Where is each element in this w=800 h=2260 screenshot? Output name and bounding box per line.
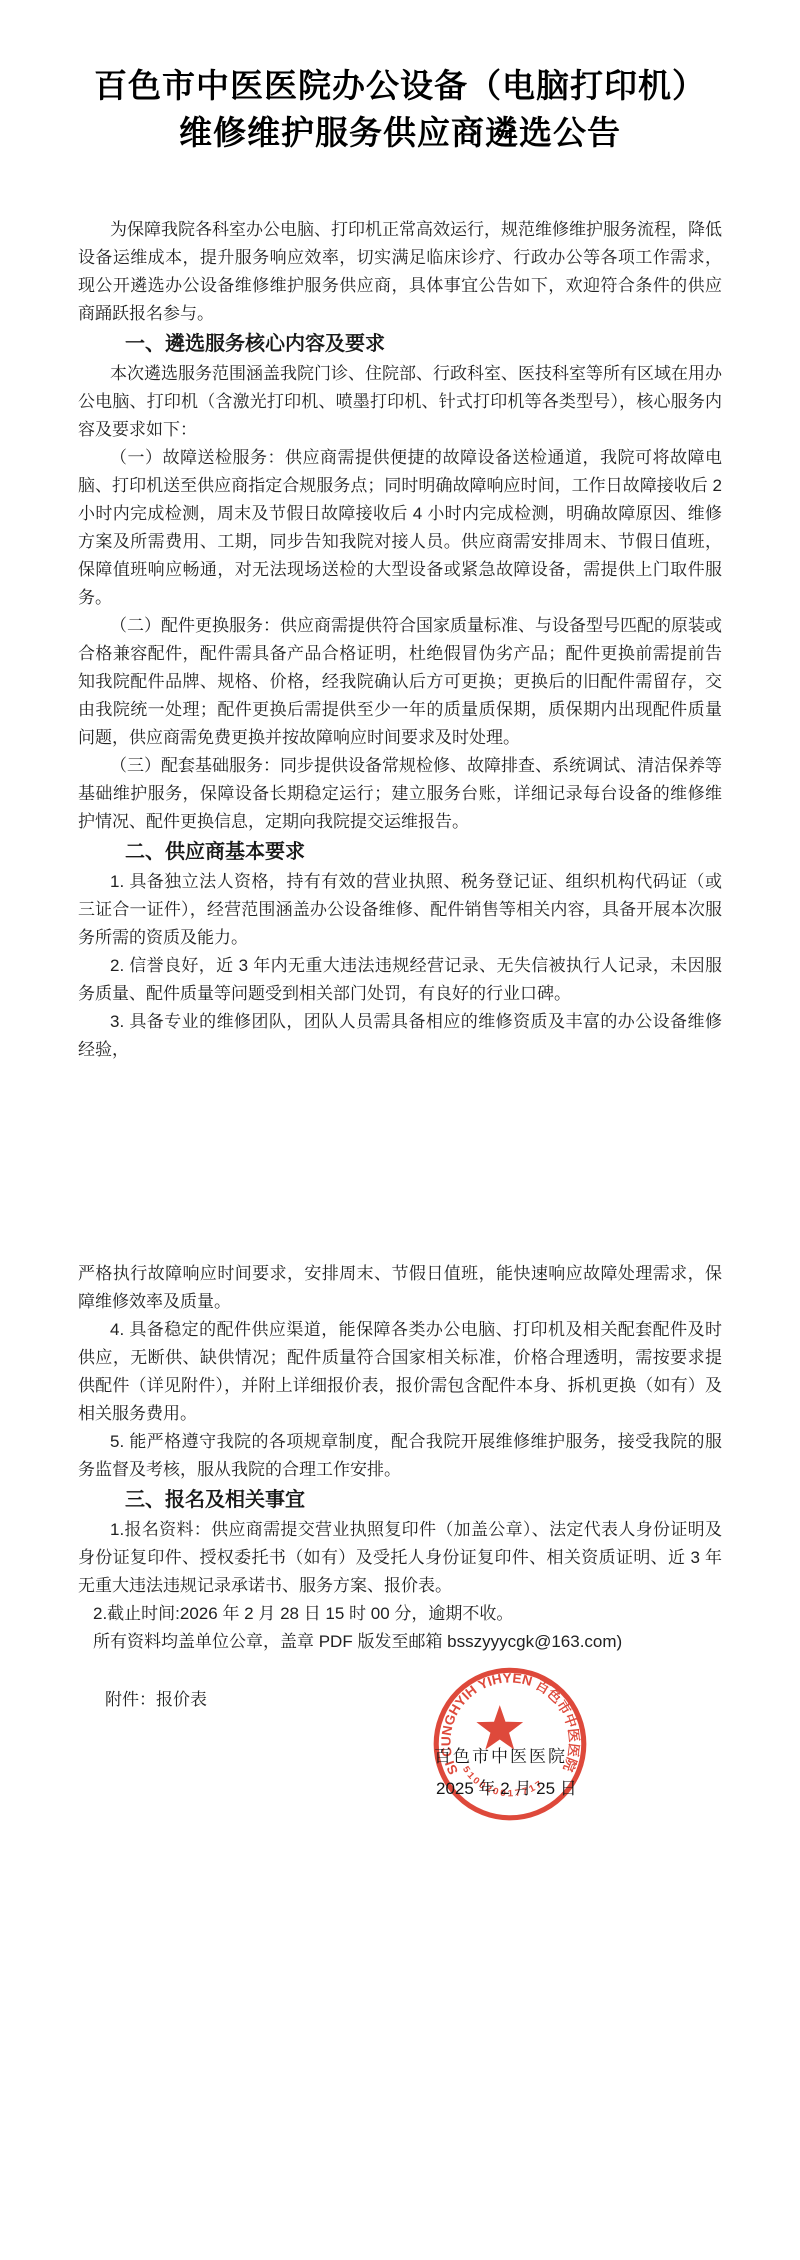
section1-heading: 一、遴选服务核心内容及要求 bbox=[78, 328, 722, 360]
document-body: 为保障我院各科室办公电脑、打印机正常高效运行，规范维修维护服务流程，降低设备运维… bbox=[78, 216, 722, 1714]
attachment-line: 附件：报价表 bbox=[78, 1686, 722, 1714]
section2-item5: 5. 能严格遵守我院的各项规章制度，配合我院开展维修维护服务，接受我院的服务监督… bbox=[78, 1428, 722, 1484]
section3-heading: 三、报名及相关事宜 bbox=[78, 1484, 722, 1516]
section2-item2: 2. 信誉良好，近 3 年内无重大违法违规经营记录、无失信被执行人记录，未因服务… bbox=[78, 952, 722, 1008]
intro-paragraph: 为保障我院各科室办公电脑、打印机正常高效运行，规范维修维护服务流程，降低设备运维… bbox=[78, 216, 722, 328]
announcement-document: 百色市中医医院办公设备（电脑打印机） 维修维护服务供应商遴选公告 为保障我院各科… bbox=[0, 0, 800, 2260]
section2-heading: 二、供应商基本要求 bbox=[78, 836, 722, 868]
document-title-line2: 维修维护服务供应商遴选公告 bbox=[60, 111, 740, 158]
section2-item1: 1. 具备独立法人资格，持有有效的营业执照、税务登记证、组织机构代码证（或三证合… bbox=[78, 868, 722, 952]
section1-item2: （二）配件更换服务：供应商需提供符合国家质量标准、与设备型号匹配的原装或合格兼容… bbox=[78, 612, 722, 752]
section3-item2: 2.截止时间:2026 年 2 月 28 日 15 时 00 分，逾期不收。 bbox=[78, 1600, 722, 1628]
section3-item1: 1.报名资料：供应商需提交营业执照复印件（加盖公章）、法定代表人身份证明及身份证… bbox=[78, 1516, 722, 1600]
document-title: 百色市中医医院办公设备（电脑打印机） 维修维护服务供应商遴选公告 bbox=[60, 64, 740, 158]
section2-item4: 4. 具备稳定的配件供应渠道，能保障各类办公电脑、打印机及相关配套配件及时供应，… bbox=[78, 1316, 722, 1428]
section1-item1: （一）故障送检服务：供应商需提供便捷的故障设备送检通道，我院可将故障电脑、打印机… bbox=[78, 444, 722, 612]
section1-lead: 本次遴选服务范围涵盖我院门诊、住院部、行政科室、医技科室等所有区域在用办公电脑、… bbox=[78, 360, 722, 444]
section2-item3-part2: 严格执行故障响应时间要求，安排周末、节假日值班，能快速响应故障处理需求，保障维修… bbox=[78, 1260, 722, 1316]
page-break-gap bbox=[78, 1064, 722, 1260]
signature-org: 百色市中医医院 bbox=[434, 1742, 567, 1767]
section1-item3: （三）配套基础服务：同步提供设备常规检修、故障排查、系统调试、清洁保养等基础维护… bbox=[78, 752, 722, 836]
section3-item3: 所有资料均盖单位公章，盖章 PDF 版发至邮箱 bsszyyycgk@163.c… bbox=[78, 1628, 722, 1656]
section2-item3-part1: 3. 具备专业的维修团队，团队人员需具备相应的维修资质及丰富的办公设备维修经验， bbox=[78, 1008, 722, 1064]
document-title-line1: 百色市中医医院办公设备（电脑打印机） bbox=[60, 64, 740, 111]
signature-date: 2025 年 2 月 25 日 bbox=[436, 1774, 577, 1799]
official-seal: SI CUNGHYIH YIHYEN 百色市中医医院 510020017717 … bbox=[428, 1660, 608, 1840]
